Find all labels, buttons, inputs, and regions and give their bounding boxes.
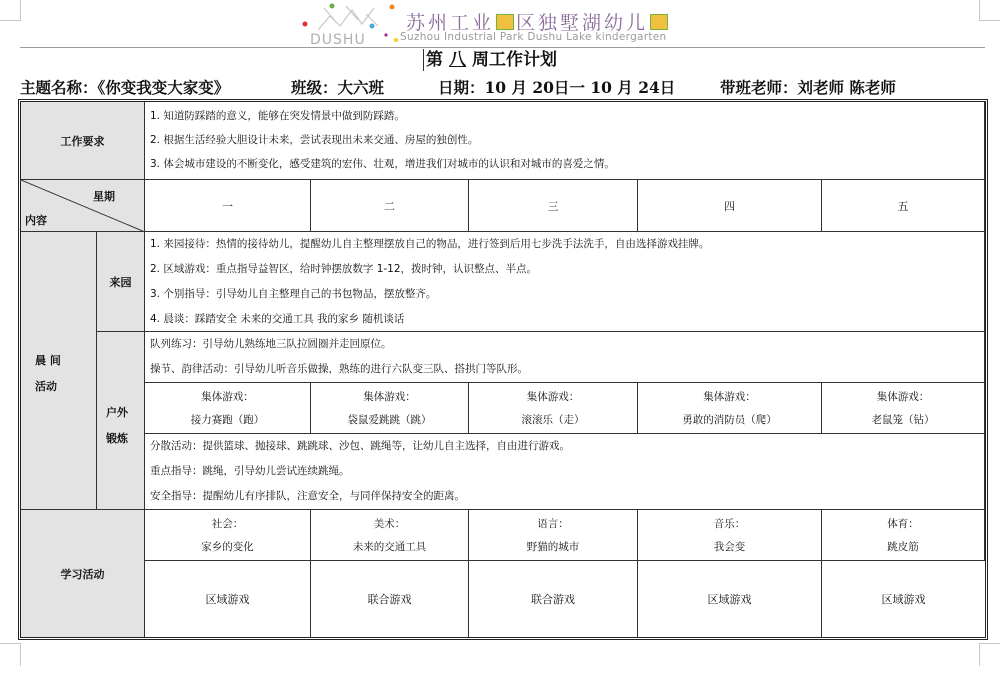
diagonal-header-cell: 星期 内容 xyxy=(21,180,145,232)
game-wed: 联合游戏 xyxy=(469,561,638,637)
page-corner-mark xyxy=(979,0,1000,21)
plan-meta: 主题名称：《你变我变大家变》 班级：大六班 日期：10 月 20日一 10 月 … xyxy=(20,76,985,98)
group-game-tue: 集体游戏：袋鼠爱跳跳（跳） xyxy=(311,383,469,434)
theme-name: 主题名称：《你变我变大家变》 xyxy=(20,76,229,98)
lesson-tue: 美术：未来的交通工具 xyxy=(311,510,469,561)
arrival-activities: 1. 来园接待：热情的接待幼儿，提醒幼儿自主整理摆放自己的物品，进行签到后用七步… xyxy=(145,232,985,332)
page-corner-mark xyxy=(979,643,1000,666)
day-header-thu: 四 xyxy=(638,180,822,232)
lesson-fri: 体育：跳皮筋 xyxy=(822,510,985,561)
day-header-tue: 二 xyxy=(311,180,469,232)
work-requirements-label: 工作要求 xyxy=(21,102,145,180)
outdoor-drills: 队列练习：引导幼儿熟练地三队拉圆圈并走回原位。 操节、韵律活动：引导幼儿听音乐做… xyxy=(145,332,985,383)
plan-title: 第八周工作计划 xyxy=(423,49,557,71)
game-thu: 区域游戏 xyxy=(638,561,822,637)
learning-activities-label: 学习活动 xyxy=(21,510,145,637)
dushu-logo-icon: DUSHU xyxy=(300,2,400,46)
day-header-mon: 一 xyxy=(145,180,311,232)
game-fri: 区域游戏 xyxy=(822,561,985,637)
lesson-thu: 音乐：我会变 xyxy=(638,510,822,561)
week-number: 八 xyxy=(443,49,472,71)
day-header-wed: 三 xyxy=(469,180,638,232)
morning-activities-label: 晨 间 活动 xyxy=(21,232,97,510)
header-divider xyxy=(20,47,985,48)
group-game-wed: 集体游戏：滚滚乐（走） xyxy=(469,383,638,434)
page-corner-mark xyxy=(0,0,21,21)
date-range: 日期：10 月 20日一 10 月 24日 xyxy=(438,76,675,98)
weekly-plan-table: 工作要求 1. 知道防踩踏的意义，能够在突发情景中做到防踩踏。 2. 根据生活经… xyxy=(18,99,988,640)
group-game-thu: 集体游戏：勇敢的消防员（爬） xyxy=(638,383,822,434)
kindergarten-logo: DUSHU 苏州工业区独墅湖幼儿 Suzhou Industrial Park … xyxy=(300,2,710,46)
class-name: 班级：大六班 xyxy=(291,76,384,98)
work-requirements: 1. 知道防踩踏的意义，能够在突发情景中做到防踩踏。 2. 根据生活经验大胆设计… xyxy=(145,102,985,180)
game-tue: 联合游戏 xyxy=(311,561,469,637)
free-activities: 分散活动：提供篮球、抛接球、跳跳球、沙包、跳绳等，让幼儿自主选择，自由进行游戏。… xyxy=(145,434,985,510)
lesson-wed: 语言：野猫的城市 xyxy=(469,510,638,561)
page-corner-mark xyxy=(0,643,21,666)
outdoor-exercise-label: 户外 锻炼 xyxy=(97,332,145,510)
logo-english-name: Suzhou Industrial Park Dushu Lake kinder… xyxy=(400,31,667,43)
svg-text:DUSHU: DUSHU xyxy=(310,32,366,46)
day-header-fri: 五 xyxy=(822,180,985,232)
game-mon: 区域游戏 xyxy=(145,561,311,637)
lesson-mon: 社会：家乡的变化 xyxy=(145,510,311,561)
teachers: 带班老师：刘老师 陈老师 xyxy=(720,76,896,98)
group-game-mon: 集体游戏：接力赛跑（跑） xyxy=(145,383,311,434)
group-game-fri: 集体游戏：老鼠笼（钻） xyxy=(822,383,985,434)
arrival-label: 来园 xyxy=(97,232,145,332)
